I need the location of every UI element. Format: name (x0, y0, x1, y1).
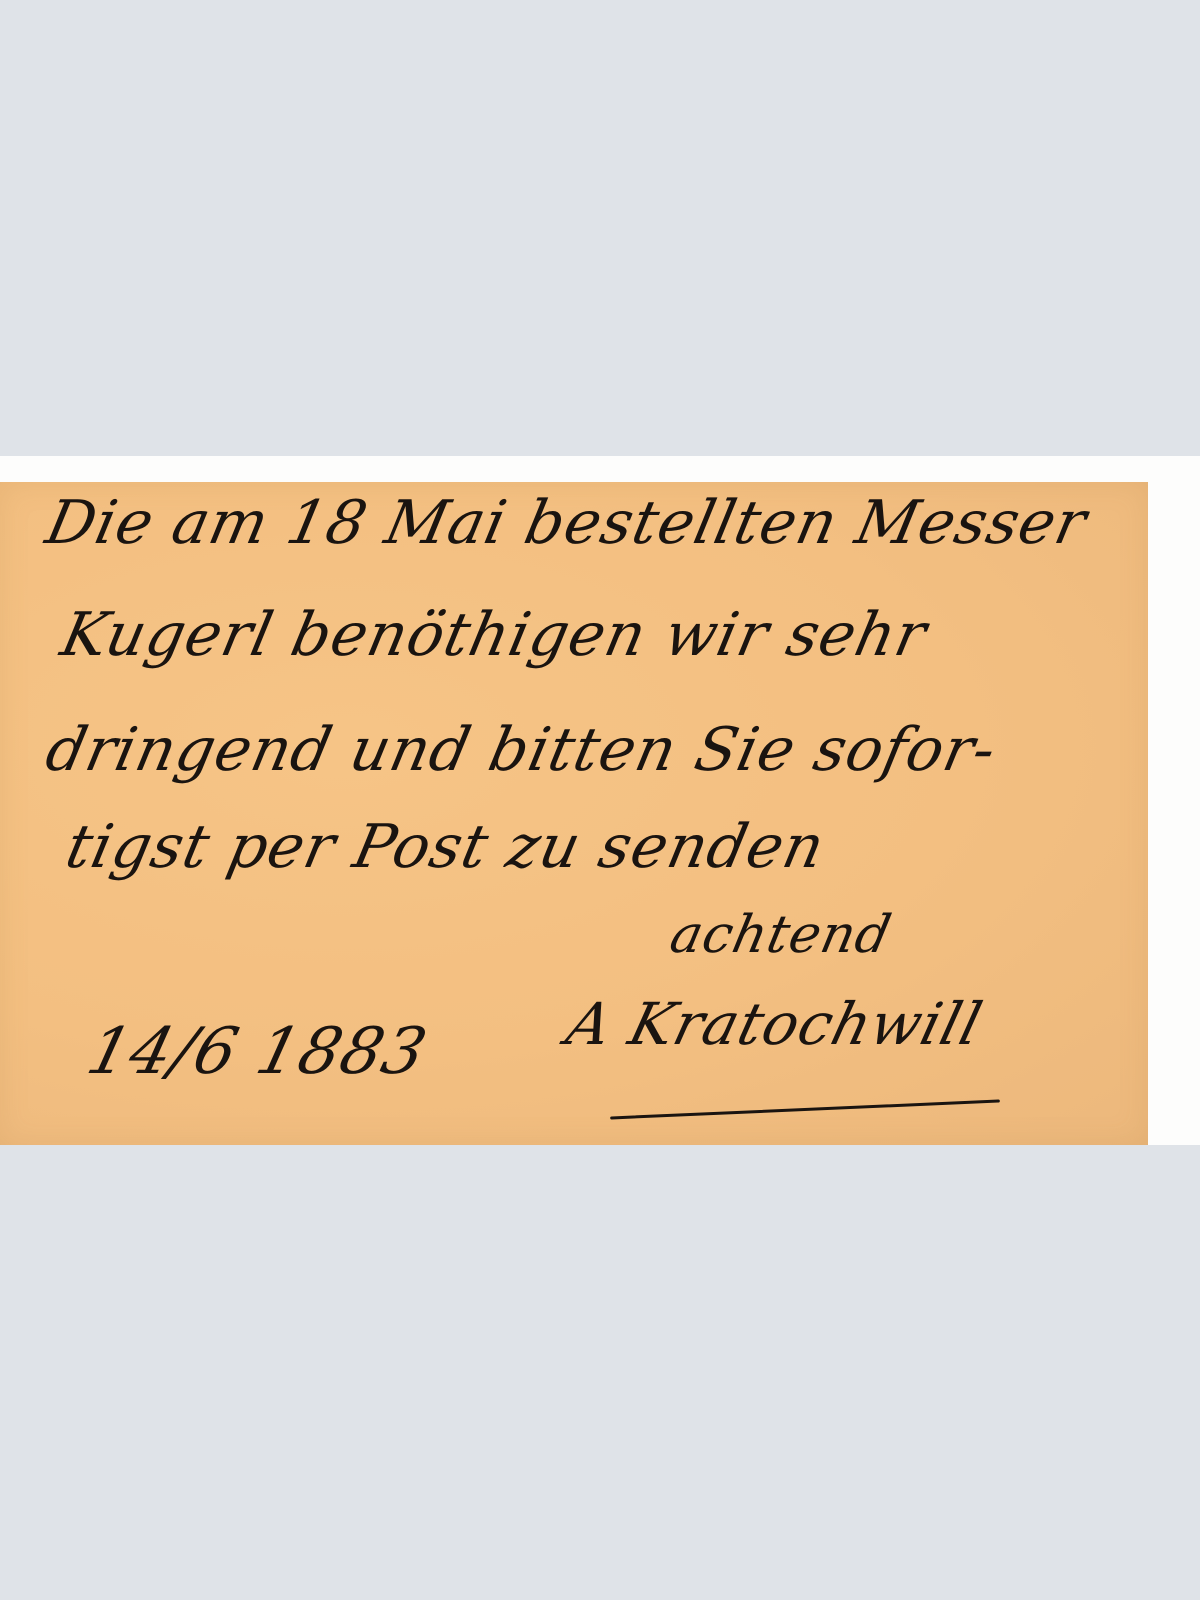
date: 14/6 1883 (80, 1015, 434, 1089)
handwritten-line-1: Die am 18 Mai bestellten Messer (40, 488, 1093, 558)
closing-salutation: achtend (665, 905, 897, 965)
handwritten-line-4: tigst per Post zu senden (60, 812, 831, 882)
handwritten-line-3: dringend und bitten Sie sofor- (40, 715, 1003, 785)
signature: A Kratochwill (560, 990, 989, 1058)
handwritten-line-2: Kugerl benöthigen wir sehr (55, 600, 933, 670)
